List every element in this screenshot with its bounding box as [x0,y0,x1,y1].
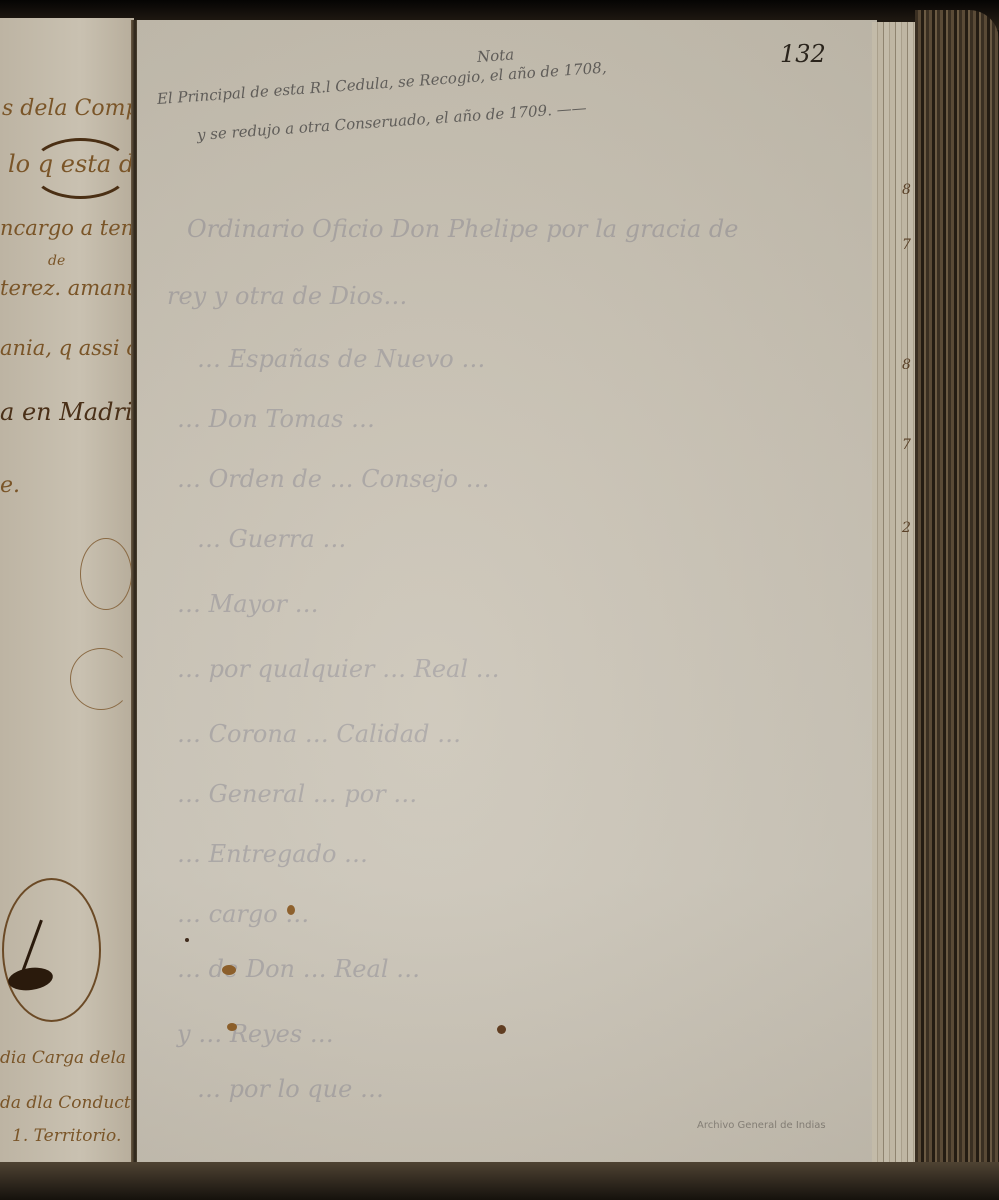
manuscript-scan: s dela Compa lo q esta dis ncargo a tend… [0,0,999,1200]
bleed-through-line: … por lo que … [197,1075,384,1103]
right-page: Nota El Principal de esta R.l Cedula, se… [137,20,877,1166]
bleed-through-line: … Corona … Calidad … [177,720,461,748]
bleed-through-line: … cargo … [177,900,309,928]
left-text-line: ania, q assi co [0,336,151,360]
ink-stain [222,965,236,975]
left-text-line: 1. Territorio. [12,1126,121,1146]
bleed-through-line: … Mayor … [177,590,319,618]
margin-mark: 2 [902,520,911,536]
archive-stamp: Archivo General de Indias [697,1120,826,1131]
folio-number: 132 [780,40,826,68]
ink-stain [497,1025,506,1034]
ink-flourish [80,538,132,610]
pencil-note-line: El Principal de esta R.l Cedula, se Reco… [156,59,607,108]
left-text-line: de [48,253,65,269]
bleed-through-line: Ordinario Oficio Don Phelipe por la grac… [187,215,738,243]
bleed-through-line: … Entregado … [177,840,368,868]
ink-stain [287,905,295,915]
left-text-line: terez. amanu [0,276,140,300]
margin-mark: 7 [902,237,911,253]
bleed-through-line: … Orden de … Consejo … [177,465,490,493]
bleed-through-line: y … Reyes … [177,1020,334,1048]
margin-mark: 7 [902,437,911,453]
left-text-line: a en Madri [0,398,133,426]
bleed-through-line: … por qualquier … Real … [177,655,500,683]
ink-stain [185,938,189,942]
bleed-through-line: … de Don … Real … [177,955,420,983]
ink-stain [227,1023,237,1031]
ink-flourish [70,648,132,710]
ink-flourish [30,138,131,199]
left-text-line: e. [0,473,20,498]
pencil-note-line: y se redujo a otra Conseruado, el año de… [196,99,587,144]
pencil-note-heading: Nota [476,45,514,66]
margin-mark: 8 [902,357,911,373]
margin-mark: 8 [902,182,911,198]
bleed-through-line: … General … por … [177,780,417,808]
bleed-through-line: … Guerra … [197,525,346,553]
bleed-through-line: rey y otra de Dios… [167,282,407,310]
bleed-through-line: … Don Tomas … [177,405,375,433]
bleed-through-line: … Españas de Nuevo … [197,345,485,373]
book-fore-edge [915,10,999,1185]
left-page: s dela Compa lo q esta dis ncargo a tend… [0,18,134,1166]
signature-rubric [2,878,101,1022]
book-bottom-edge [0,1162,999,1200]
